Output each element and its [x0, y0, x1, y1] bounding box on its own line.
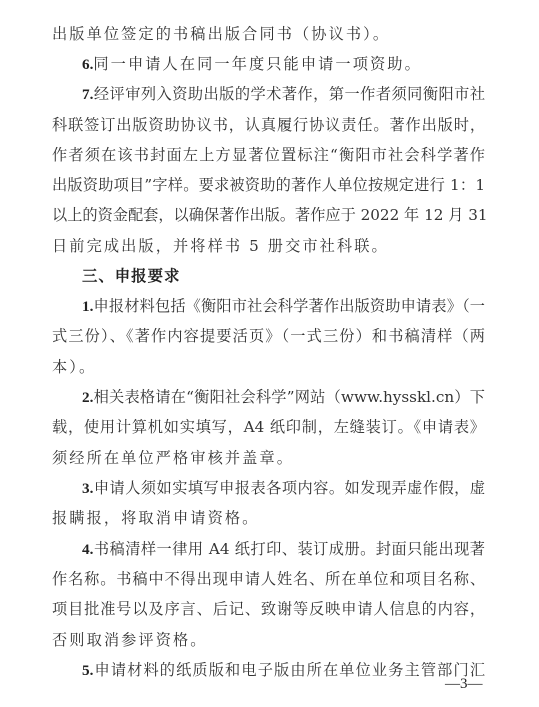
- text-line: 3.申请人须如实填写申报表各项内容。如发现弄虚作假，虚: [82, 476, 485, 500]
- section-heading: 三、申报要求: [82, 264, 485, 288]
- line-text: 科联签订出版资助协议书，认真履行协议责任。著作出版时，: [52, 116, 485, 134]
- line-text: 出版资助项目”字样。要求被资助的著作人单位按规定进行 1：1: [52, 176, 485, 194]
- text-line: 4.书稿清样一律用 A4 纸打印、装订成册。封面只能出现著: [82, 537, 485, 561]
- line-text: 同一申请人在同一年度只能申请一项资助。: [93, 55, 421, 73]
- text-line: 6.同一申请人在同一年度只能申请一项资助。: [82, 52, 485, 76]
- line-text: 作名称。书稿中不得出现申请人姓名、所在单位和项目名称、: [52, 570, 485, 588]
- item-number: 5.: [82, 662, 93, 679]
- item-number: 3.: [82, 480, 93, 497]
- item-number: 1.: [82, 298, 93, 315]
- item-number: 7.: [82, 86, 93, 103]
- text-line: 作者须在该书封面左上方显著位置标注“衡阳市社会科学著作: [52, 143, 485, 167]
- text-line: 2.相关表格请在“衡阳社会科学”网站（www.hysskl.cn）下: [82, 385, 485, 409]
- text-line: 科联签订出版资助协议书，认真履行协议责任。著作出版时，: [52, 113, 485, 137]
- line-text: 三、申报要求: [82, 267, 180, 285]
- line-text: 日前完成出版，并将样书 5 册交市社科联。: [52, 237, 389, 255]
- line-text: 出版单位签定的书稿出版合同书（协议书）。: [52, 25, 390, 43]
- text-line: 出版资助项目”字样。要求被资助的著作人单位按规定进行 1：1: [52, 173, 485, 197]
- line-text: 式三份）、《著作内容提要活页》（一式三份）和书稿清样（两: [52, 327, 485, 345]
- line-text: 项目批准号以及序言、后记、致谢等反映申请人信息的内容，: [52, 600, 485, 618]
- text-line: 日前完成出版，并将样书 5 册交市社科联。: [52, 234, 485, 258]
- text-line: 5.申请材料的纸质版和电子版由所在单位业务主管部门汇: [82, 658, 485, 682]
- text-line: 1.申报材料包括《衡阳市社会科学著作出版资助申请表》（一: [82, 294, 485, 318]
- line-text: 否则取消参评资格。: [52, 631, 208, 649]
- document-page: 出版单位签定的书稿出版合同书（协议书）。6.同一申请人在同一年度只能申请一项资助…: [0, 0, 539, 707]
- item-number: 6.: [82, 56, 93, 73]
- text-line: 项目批准号以及序言、后记、致谢等反映申请人信息的内容，: [52, 597, 485, 621]
- page-number: —3—: [445, 676, 483, 693]
- line-text: 以上的资金配套，以确保著作出版。著作应于 2022 年 12 月 31: [52, 206, 488, 224]
- line-text: 申请材料的纸质版和电子版由所在单位业务主管部门汇: [93, 661, 485, 679]
- line-text: 报瞒报，将取消申请资格。: [52, 509, 259, 527]
- line-text: 须经所在单位严格审核并盖章。: [52, 449, 294, 467]
- text-line: 否则取消参评资格。: [52, 628, 485, 652]
- text-line: 出版单位签定的书稿出版合同书（协议书）。: [52, 22, 485, 46]
- text-line: 报瞒报，将取消申请资格。: [52, 506, 485, 530]
- text-line: 载，使用计算机如实填写，A4 纸印制，左缝装订。《申请表》: [52, 415, 485, 439]
- text-line: 作名称。书稿中不得出现申请人姓名、所在单位和项目名称、: [52, 567, 485, 591]
- line-text: 作者须在该书封面左上方显著位置标注“衡阳市社会科学著作: [52, 146, 485, 164]
- text-line: 须经所在单位严格审核并盖章。: [52, 446, 485, 470]
- line-text: 书稿清样一律用 A4 纸打印、装订成册。封面只能出现著: [93, 540, 485, 558]
- text-line: 7.经评审列入资助出版的学术著作，第一作者须同衡阳市社: [82, 82, 485, 106]
- item-number: 2.: [82, 389, 93, 406]
- line-text: 经评审列入资助出版的学术著作，第一作者须同衡阳市社: [93, 85, 485, 103]
- line-text: 载，使用计算机如实填写，A4 纸印制，左缝装订。《申请表》: [52, 418, 485, 436]
- item-number: 4.: [82, 541, 93, 558]
- line-text: 申请人须如实填写申报表各项内容。如发现弄虚作假，虚: [93, 479, 485, 497]
- line-text: 申报材料包括《衡阳市社会科学著作出版资助申请表》（一: [93, 297, 485, 315]
- text-line: 式三份）、《著作内容提要活页》（一式三份）和书稿清样（两: [52, 324, 485, 348]
- text-line: 以上的资金配套，以确保著作出版。著作应于 2022 年 12 月 31: [52, 203, 485, 227]
- line-text: 相关表格请在“衡阳社会科学”网站（www.hysskl.cn）下: [93, 388, 485, 406]
- text-line: 本）。: [52, 355, 485, 379]
- line-text: 本）。: [52, 358, 96, 376]
